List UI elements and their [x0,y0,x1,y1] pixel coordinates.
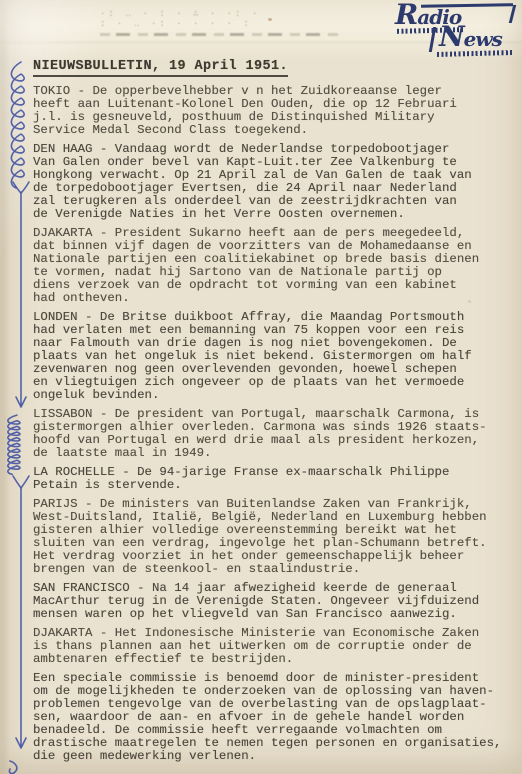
bulletin-paragraph: TOKIO - De opperbevelhebber v n het Zuid… [33,85,507,137]
bulletin-paragraph: LONDEN - De Britse duikboot Affray, die … [33,311,507,402]
radio-news-logo: Radio News [379,2,517,58]
margin-squiggle-top [11,62,24,188]
bulletin-paragraph: PARIJS - De ministers van Buitenlandse Z… [33,498,507,576]
bulletin-paragraph: DJAKARTA - President Sukarno heeft aan d… [33,227,507,305]
margin-squiggle-middle [8,415,20,474]
faded-header-row: : · ‥ ·: · · · · : [100,19,360,29]
bulletin-content: NIEUWSBULLETIN, 19 April 1951. TOKIO - D… [33,56,507,769]
handwritten-margin-marks [0,0,34,774]
logo-frame-line [508,5,515,23]
bulletin-paragraph: SAN FRANCISCO - Na 14 jaar afwezigheid k… [33,582,507,621]
scanned-news-bulletin-page: ·: ‥ · : · ∴ · ·: · : · ‥ ·: · · · · : R… [0,0,522,774]
bulletin-paragraph: Een speciale commissie is benoemd door d… [33,672,507,763]
bulletin-title: NIEUWSBULLETIN, 19 April 1951. [33,59,288,77]
bulletin-paragraph: LISSABON - De president van Portugal, ma… [33,408,507,460]
bulletin-body: TOKIO - De opperbevelhebber v n het Zuid… [33,85,507,763]
faded-header-row: ·: ‥ · : · ∴ · ·: · [100,9,360,19]
faded-header-underline [100,33,342,36]
bulletin-paragraph: DEN HAAG - Vandaag wordt de Nederlandse … [33,143,507,221]
bulletin-paragraph: LA ROCHELLE - De 94-jarige Franse ex-maa… [33,466,507,492]
faded-header-remnant: ·: ‥ · : · ∴ · ·: · : · ‥ ·: · · · · : [100,9,360,36]
logo-word-news: News [439,27,502,49]
bulletin-paragraph: DJAKARTA - Het Indonesische Ministerie v… [33,627,507,666]
margin-bracket-fork-2 [13,476,29,488]
margin-stray-mark-bottom [9,761,16,773]
